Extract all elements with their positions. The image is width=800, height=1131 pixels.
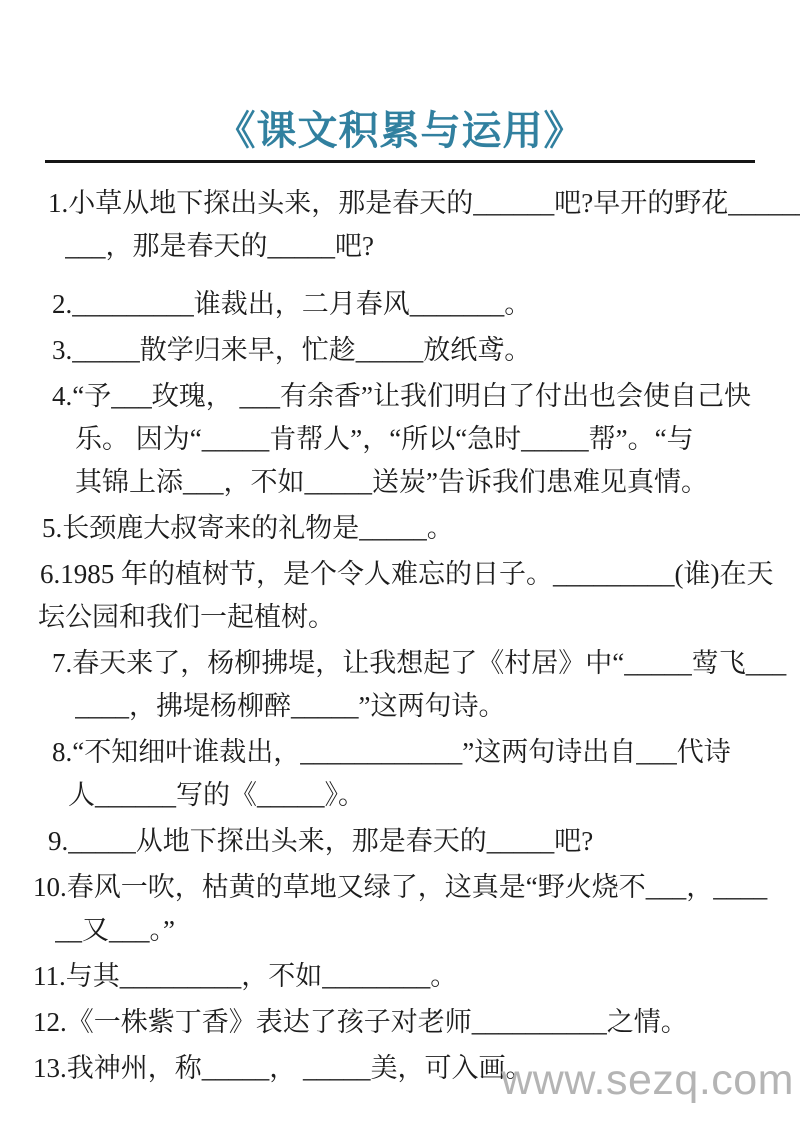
question-10-line-1: 10.春风一吹，枯黄的草地又绿了，这真是“野火烧不___，____	[33, 866, 800, 909]
question-8-line-1: 8.“不知细叶谁裁出，____________”这两句诗出自___代诗	[52, 731, 800, 774]
question-10: 10.春风一吹，枯黄的草地又绿了，这真是“野火烧不___，____ __又___…	[0, 866, 800, 952]
question-4-line-1: 4.“予___玫瑰， ___有余香”让我们明白了付出也会使自己快	[52, 375, 800, 418]
question-1-line-1: 1.小草从地下探出头来，那是春天的______吧?早开的野花______	[48, 182, 800, 225]
question-2: 2._________谁裁出，二月春风_______。	[0, 283, 800, 326]
question-7-line-2: ____，拂堤杨柳醉_____”这两句诗。	[75, 685, 800, 728]
question-7: 7.春天来了，杨柳拂堤，让我想起了《村居》中“_____莺飞___ ____，拂…	[0, 642, 800, 728]
question-1: 1.小草从地下探出头来，那是春天的______吧?早开的野花______ ___…	[0, 182, 800, 268]
question-1-line-2: ___，那是春天的_____吧?	[65, 225, 800, 268]
question-6-line-1: 6.1985 年的植树节，是个令人难忘的日子。_________(谁)在天	[40, 553, 800, 596]
page-title: 《课文积累与运用》	[0, 0, 800, 156]
question-3-line-1: 3._____散学归来早，忙趁_____放纸鸢。	[52, 329, 800, 372]
question-9-line-1: 9._____从地下探出头来，那是春天的_____吧?	[48, 820, 800, 863]
worksheet-page: 《课文积累与运用》 1.小草从地下探出头来，那是春天的______吧?早开的野花…	[0, 0, 800, 1131]
question-6-line-2: 坛公园和我们一起植树。	[38, 596, 800, 639]
question-11: 11.与其_________，不如________。	[0, 955, 800, 998]
question-12-line-1: 12.《一株紫丁香》表达了孩子对老师__________之情。	[33, 1001, 800, 1044]
question-7-line-1: 7.春天来了，杨柳拂堤，让我想起了《村居》中“_____莺飞___	[52, 642, 800, 685]
question-3: 3._____散学归来早，忙趁_____放纸鸢。	[0, 329, 800, 372]
question-4-line-3: 其锦上添___，不如_____送炭”告诉我们患难见真情。	[75, 461, 800, 504]
question-list: 1.小草从地下探出头来，那是春天的______吧?早开的野花______ ___…	[0, 163, 800, 1090]
question-8-line-2: 人______写的《_____》。	[68, 774, 800, 817]
watermark: www.sezq.com	[501, 1056, 794, 1104]
question-5-line-1: 5.长颈鹿大叔寄来的礼物是_____。	[42, 507, 800, 550]
question-4-line-2: 乐。 因为“_____肯帮人”，“所以“急时_____帮”。“与	[75, 418, 800, 461]
question-5: 5.长颈鹿大叔寄来的礼物是_____。	[0, 507, 800, 550]
question-4: 4.“予___玫瑰， ___有余香”让我们明白了付出也会使自己快 乐。 因为“_…	[0, 375, 800, 504]
question-11-line-1: 11.与其_________，不如________。	[33, 955, 800, 998]
question-9: 9._____从地下探出头来，那是春天的_____吧?	[0, 820, 800, 863]
question-2-line-1: 2._________谁裁出，二月春风_______。	[52, 283, 800, 326]
question-6: 6.1985 年的植树节，是个令人难忘的日子。_________(谁)在天 坛公…	[0, 553, 800, 639]
question-10-line-2: __又___。”	[55, 909, 800, 952]
question-12: 12.《一株紫丁香》表达了孩子对老师__________之情。	[0, 1001, 800, 1044]
question-8: 8.“不知细叶谁裁出，____________”这两句诗出自___代诗 人___…	[0, 731, 800, 817]
